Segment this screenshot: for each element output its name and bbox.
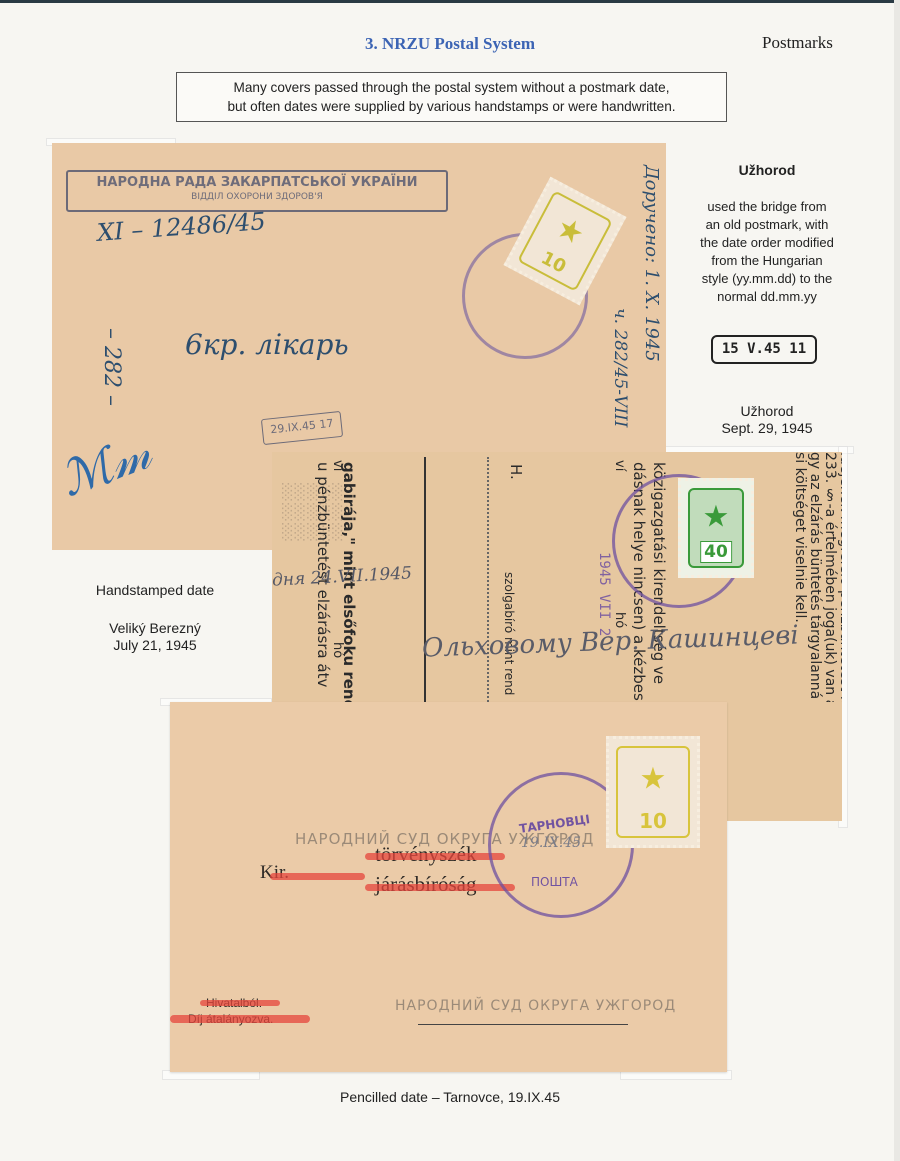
red-strike <box>170 1015 310 1023</box>
right-note-2: ч. 282/45-VIII <box>610 308 630 427</box>
top-border <box>0 0 900 3</box>
caption-date: July 21, 1945 <box>60 637 250 654</box>
form-text: gy az elzárás büntetés tárgyalanná válik… <box>807 452 823 702</box>
addressee: 6кр. лікарь <box>185 328 349 361</box>
red-strike <box>270 873 365 880</box>
signature-line <box>418 1024 628 1025</box>
footer-court-stamp: НАРОДНИЙ СУД ОКРУГА УЖГОРОД <box>395 998 676 1014</box>
field-label: ví <box>612 460 627 471</box>
cover-tarnovce: НАРОДНИЙ СУД ОКРУГА УЖГОРОД Kir. törvény… <box>170 702 727 1072</box>
intro-line-1: Many covers passed through the postal sy… <box>183 78 720 97</box>
right-note-1: Доручено: 1. X. 1945 <box>641 165 662 362</box>
page-edge <box>894 0 900 1161</box>
caption-place: Užhorod <box>682 403 852 420</box>
cover-veliky-berezny-edge <box>727 702 842 821</box>
red-strike <box>365 853 505 860</box>
form-text: 233. §-a értelmében joga(uk) van ahhoz <box>822 452 838 702</box>
signature: ℳ𝓂 <box>53 424 159 509</box>
side-number: – 282 – <box>99 328 124 406</box>
uzhorod-line: from the Hungarian <box>682 252 852 270</box>
postmark-date: 1945 VII 2 <box>596 552 612 636</box>
form-text: si költséget viselnie kell. <box>792 452 808 623</box>
page-title: 3. NRZU Postal System <box>330 34 570 54</box>
handstamped-caption: Handstamped date Veliký Berezný July 21,… <box>60 582 250 654</box>
postmark-bottom-text: ПОШТА <box>531 875 578 889</box>
reference-number: XI – 12486/45 <box>96 207 266 247</box>
postage-stamp-10: ★ 10 <box>606 736 700 848</box>
handwritten-date: дня 24.VII.1945 <box>272 563 412 590</box>
intro-box: Many covers passed through the postal sy… <box>176 72 727 122</box>
caption-heading: Handstamped date <box>60 582 250 599</box>
star-icon: ★ <box>703 499 730 534</box>
uzhorod-heading: Užhorod <box>682 162 852 179</box>
intro-line-2: but often dates were supplied by various… <box>183 97 720 116</box>
uzhorod-line: used the bridge from <box>682 198 852 216</box>
postage-stamp-40: ★ 40 <box>678 478 754 578</box>
red-strike <box>200 1000 280 1006</box>
caption-place: Veliký Berezný <box>60 620 250 637</box>
boxed-handstamp: НАРОДНА РАДА ЗАКАРПАТСЬКОЇ УКРАЇНИ ВІДДІ… <box>66 170 448 212</box>
field-label: ví <box>330 460 345 471</box>
red-strike <box>365 884 515 891</box>
dotted-rule <box>487 457 489 702</box>
cover-veliky-berezny: ░░░░░░░░░░░░░░░ u pénzbüntetést elzárásr… <box>272 452 842 702</box>
uzhorod-line: style (yy.mm.dd) to the <box>682 270 852 288</box>
uzhorod-line: an old postmark, with <box>682 216 852 234</box>
form-text: H. <box>507 464 525 480</box>
uzhorod-line: the date order modified <box>682 234 852 252</box>
postmark-sample: 15 V.45 11 <box>711 335 817 364</box>
postmark-place: ТАРНОВЦІ <box>518 812 591 836</box>
star-icon: ★ <box>640 762 667 797</box>
caption-date: Sept. 29, 1945 <box>682 420 852 437</box>
date-handstamp: 29.IX.45 17 <box>261 411 343 445</box>
uzhorod-note: Užhorod used the bridge from an old post… <box>682 162 852 306</box>
uzhorod-date-caption: Užhorod Sept. 29, 1945 <box>682 403 852 437</box>
pencilled-date: 19.IX.45. <box>521 835 585 851</box>
section-label: Postmarks <box>762 33 833 53</box>
pencilled-caption: Pencilled date – Tarnovce, 19.IX.45 <box>280 1089 620 1106</box>
uzhorod-line: normal dd.mm.yy <box>682 288 852 306</box>
form-text: idejének megfelelő pénzbüntetést lefizes… <box>837 452 842 702</box>
form-rule <box>424 457 426 702</box>
field-label: hó <box>330 642 345 658</box>
